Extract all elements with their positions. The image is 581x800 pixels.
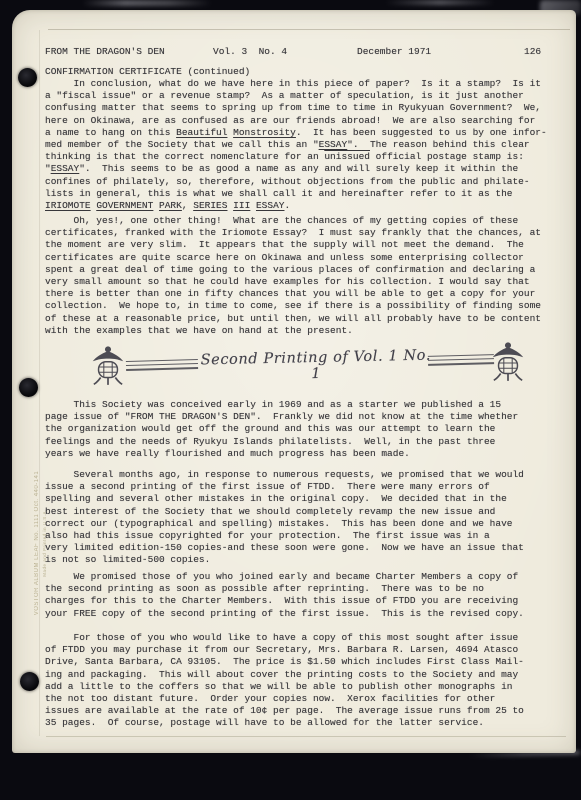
embossed-border-line xyxy=(48,29,570,30)
publication-title: FROM THE DRAGON'S DEN xyxy=(45,46,165,58)
typed-line: is not so limited-500 copies. xyxy=(45,554,524,566)
typed-line: Drive, Santa Barbara, CA 93105. The pric… xyxy=(45,656,524,668)
typed-line: lists in general, this is what we shall … xyxy=(45,188,547,200)
typed-line: collection. We hope to, in time to come,… xyxy=(45,300,541,312)
typed-line: med member of the Society that we call t… xyxy=(45,139,547,151)
typed-line: feelings and the needs of Ryukyu Islands… xyxy=(45,436,518,448)
typed-line: confines of philately, so, therefore, wi… xyxy=(45,176,547,188)
typed-line: spelling and several other mistakes in t… xyxy=(45,493,524,505)
section-divider: Second Printing of Vol. 1 No. 1 xyxy=(0,338,581,390)
typed-line: of FTDD you may purchase it from our Sec… xyxy=(45,644,524,656)
typed-line: "ESSAY". This seems to be as good a name… xyxy=(45,163,547,175)
scanner-glare xyxy=(385,0,495,5)
typed-line: certificates, franked with the Iriomote … xyxy=(45,227,541,239)
typed-line: certificates are quite scarce here on Ok… xyxy=(45,252,541,264)
typed-line: 35 pages. Of course, postage will have t… xyxy=(45,717,524,729)
typed-line: the moment are very slim. It appears tha… xyxy=(45,239,541,251)
typed-line: add a little to the coffers so that we w… xyxy=(45,681,524,693)
punch-hole xyxy=(20,672,39,691)
typed-line: For those of you who would like to have … xyxy=(45,632,524,644)
typed-line: there is better than one in fifty chance… xyxy=(45,288,541,300)
typed-line: the organization would get off the groun… xyxy=(45,423,518,435)
typed-line: also had this issue copyrighted for your… xyxy=(45,530,524,542)
typed-line: the second printing as soon as possible … xyxy=(45,583,524,595)
typed-line: your FREE copy of the second printing of… xyxy=(45,608,524,620)
typed-line: issues are available at the rate of 10¢ … xyxy=(45,705,524,717)
typed-line: correct our (typographical and spelling)… xyxy=(45,518,524,530)
typed-line: IRIOMOTE GOVERNMENT PARK, SERIES III ESS… xyxy=(45,200,547,212)
typed-line: years we have really flourished and much… xyxy=(45,448,518,460)
typed-line: a name to hang on this Beautiful Monstro… xyxy=(45,127,547,139)
typed-line: here on Okinawa, are as confused as are … xyxy=(45,115,547,127)
punch-hole xyxy=(18,68,37,87)
typed-line: best interest of the Society that we sho… xyxy=(45,506,524,518)
typed-line: very limited edition-150 copies-and thes… xyxy=(45,542,524,554)
scanner-glare xyxy=(82,0,212,6)
typed-line: page issue of "FROM THE DRAGON'S DEN". F… xyxy=(45,411,518,423)
typed-line: Oh, yes!, one other thing! What are the … xyxy=(45,215,541,227)
page-number: 126 xyxy=(524,46,541,58)
typed-line: thinking is that the correct nomenclatur… xyxy=(45,151,547,163)
stone-lantern-icon xyxy=(490,342,526,384)
typed-line: with the examples that we have on hand a… xyxy=(45,325,541,337)
typed-line: charges for this to the Charter Members.… xyxy=(45,595,524,607)
scanned-newsletter-page: { "scan": { "background_color": "#0a0a10… xyxy=(0,0,581,800)
paragraph: Several months ago, in response to numer… xyxy=(45,469,524,567)
typed-line: confusing matter that seems to spring up… xyxy=(45,102,547,114)
paragraph: We promised those of you who joined earl… xyxy=(45,571,524,620)
volume-number: Vol. 3 No. 4 xyxy=(213,46,287,58)
typed-line: the not too distant future. Order your c… xyxy=(45,693,524,705)
paragraph: In conclusion, what do we have here in t… xyxy=(45,78,547,212)
embossed-border-line xyxy=(46,736,566,737)
stone-lantern-icon xyxy=(90,346,126,388)
paragraph: This Society was conceived early in 1969… xyxy=(45,399,518,460)
typed-line: This Society was conceived early in 1969… xyxy=(45,399,518,411)
issue-date: December 1971 xyxy=(357,46,431,58)
typed-line: In conclusion, what do we have here in t… xyxy=(45,78,547,90)
typed-line: issue a second printing of the first iss… xyxy=(45,481,524,493)
divider-rules xyxy=(428,354,494,367)
typed-line: We promised those of you who joined earl… xyxy=(45,571,524,583)
paragraph: For those of you who would like to have … xyxy=(45,632,524,730)
divider-title: Second Printing of Vol. 1 No. 1 xyxy=(200,348,433,385)
divider-rules xyxy=(126,359,198,372)
typed-line: very small amount so that he could have … xyxy=(45,276,541,288)
typed-line: a "fiscal issue" or a revenue stamp? As … xyxy=(45,90,547,102)
paragraph: Oh, yes!, one other thing! What are the … xyxy=(45,215,541,337)
typed-line: Several months ago, in response to numer… xyxy=(45,469,524,481)
typed-line: spent a great deal of time going to the … xyxy=(45,264,541,276)
typed-line: of these at a reasonable price, but unti… xyxy=(45,313,541,325)
typed-line: ing and packaging. This will about cover… xyxy=(45,669,524,681)
section-heading: CONFIRMATION CERTIFICATE (continued) xyxy=(45,66,250,78)
